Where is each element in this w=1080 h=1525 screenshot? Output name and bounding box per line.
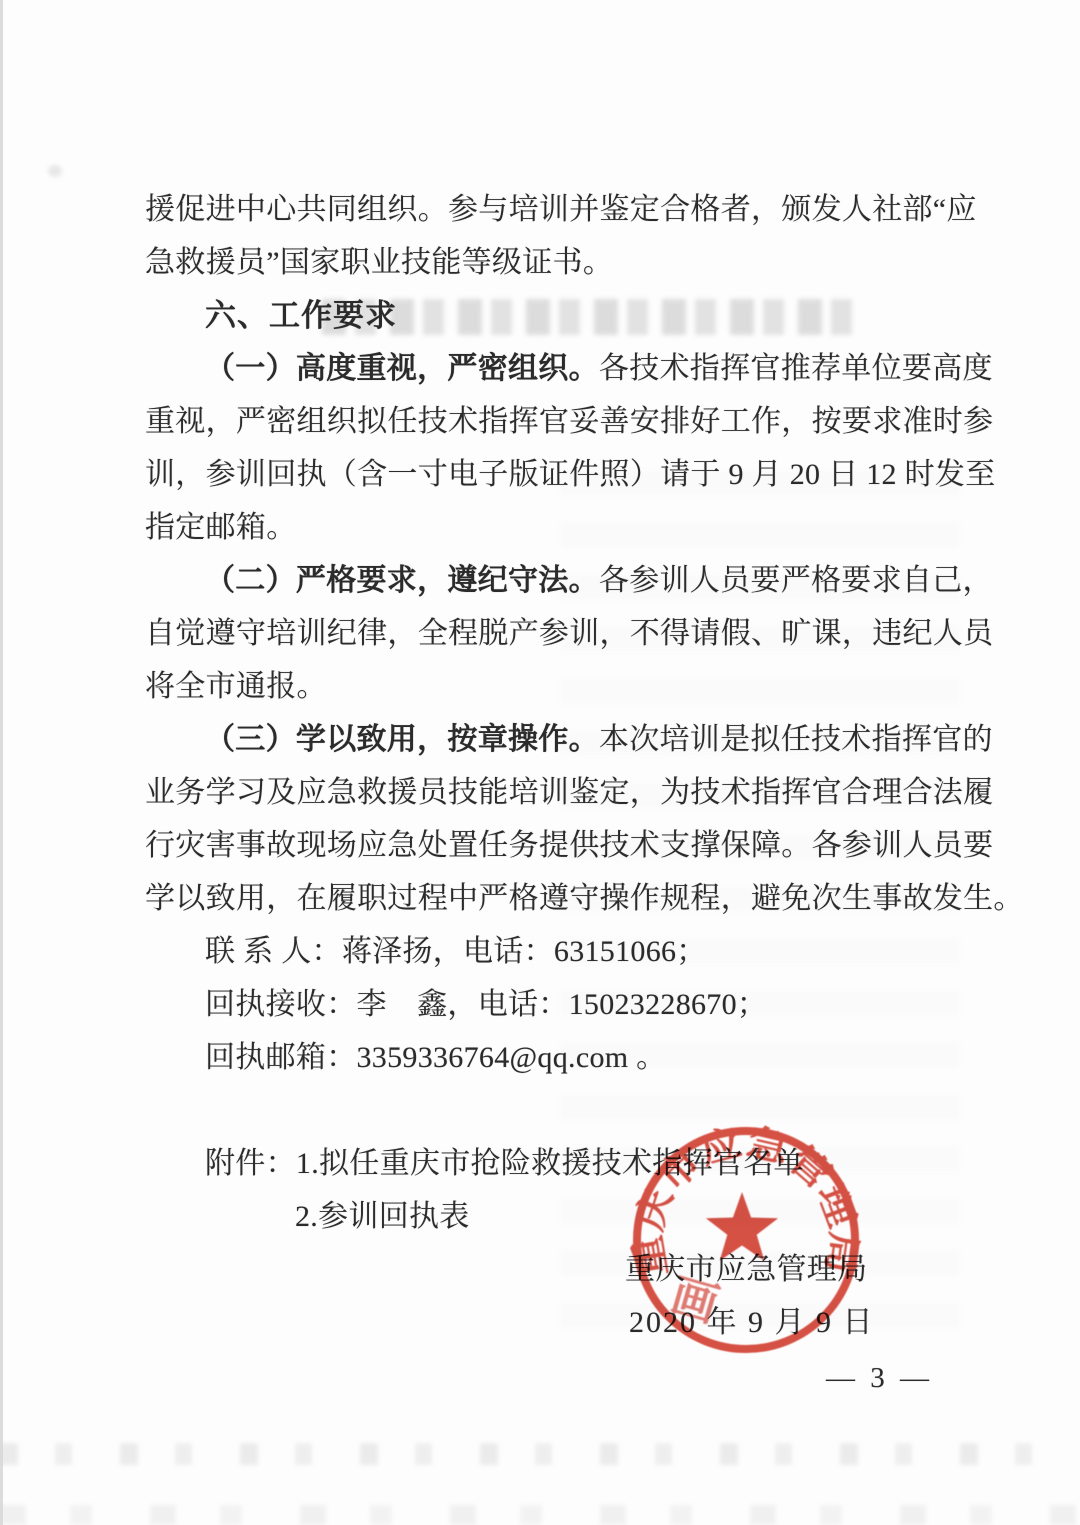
- item1-line: （一）高度重视，严密组织。各技术指挥官推荐单位要高度: [145, 342, 970, 395]
- document-body: 援促进中心共同组织。参与培训并鉴定合格者，颁发人社部“应 急救援员”国家职业技能…: [145, 183, 970, 1349]
- scan-edge-artifact: [0, 0, 3, 1525]
- section-heading: 六、工作要求: [145, 289, 970, 342]
- contact-person-line: 联 系 人：蒋泽扬，电话：63151066；: [145, 925, 970, 978]
- scan-noise-band: [0, 1505, 1080, 1525]
- blank-line: [145, 1084, 970, 1137]
- item3-lead: （三）学以致用，按章操作。: [205, 723, 599, 756]
- receipt-contact-line: 回执接收：李 鑫，电话：15023228670；: [145, 978, 970, 1031]
- attachment-2: 2.参训回执表: [145, 1190, 970, 1243]
- signature-date: 2020 年 9 月 9 日: [145, 1296, 970, 1349]
- scan-smudge-artifact: [48, 165, 62, 177]
- intro-line: 援促进中心共同组织。参与培训并鉴定合格者，颁发人社部“应: [145, 183, 970, 236]
- item1-line: 训，参训回执（含一寸电子版证件照）请于 9 月 20 日 12 时发至: [145, 448, 970, 501]
- scanned-official-document-page: 援促进中心共同组织。参与培训并鉴定合格者，颁发人社部“应 急救援员”国家职业技能…: [0, 0, 1080, 1525]
- scan-noise-band: [0, 1443, 1080, 1465]
- item2-rest: 各参训人员要严格要求自己，: [599, 564, 993, 597]
- item1-rest: 各技术指挥官推荐单位要高度: [599, 352, 993, 385]
- item3-line: 业务学习及应急救援员技能培训鉴定，为技术指挥官合理合法履: [145, 766, 970, 819]
- item2-line: （二）严格要求，遵纪守法。各参训人员要严格要求自己，: [145, 554, 970, 607]
- attachment-1: 1.拟任重庆市抢险救援技术指挥官名单: [296, 1147, 804, 1180]
- item2-line: 自觉遵守培训纪律，全程脱产参训，不得请假、旷课，违纪人员: [145, 607, 970, 660]
- item2-lead: （二）严格要求，遵纪守法。: [205, 564, 599, 597]
- item3-line: 行灾害事故现场应急处置任务提供技术支撑保障。各参训人员要: [145, 819, 970, 872]
- item1-lead: （一）高度重视，严密组织。: [205, 352, 599, 385]
- intro-line: 急救援员”国家职业技能等级证书。: [145, 236, 970, 289]
- attachments-line: 附件：1.拟任重庆市抢险救援技术指挥官名单: [145, 1137, 970, 1190]
- item2-line: 将全市通报。: [145, 660, 970, 713]
- receipt-email-line: 回执邮箱：3359336764@qq.com 。: [145, 1031, 970, 1084]
- item1-line: 重视，严密组织拟任技术指挥官妥善安排好工作，按要求准时参: [145, 395, 970, 448]
- item1-line: 指定邮箱。: [145, 501, 970, 554]
- attachments-label: 附件：: [205, 1147, 296, 1180]
- item3-line: （三）学以致用，按章操作。本次培训是拟任技术指挥官的: [145, 713, 970, 766]
- page-number: — 3 —: [826, 1362, 926, 1402]
- item3-line: 学以致用，在履职过程中严格遵守操作规程，避免次生事故发生。: [145, 872, 970, 925]
- signature-org: 重庆市应急管理局: [145, 1243, 970, 1296]
- item3-rest: 本次培训是拟任技术指挥官的: [599, 723, 993, 756]
